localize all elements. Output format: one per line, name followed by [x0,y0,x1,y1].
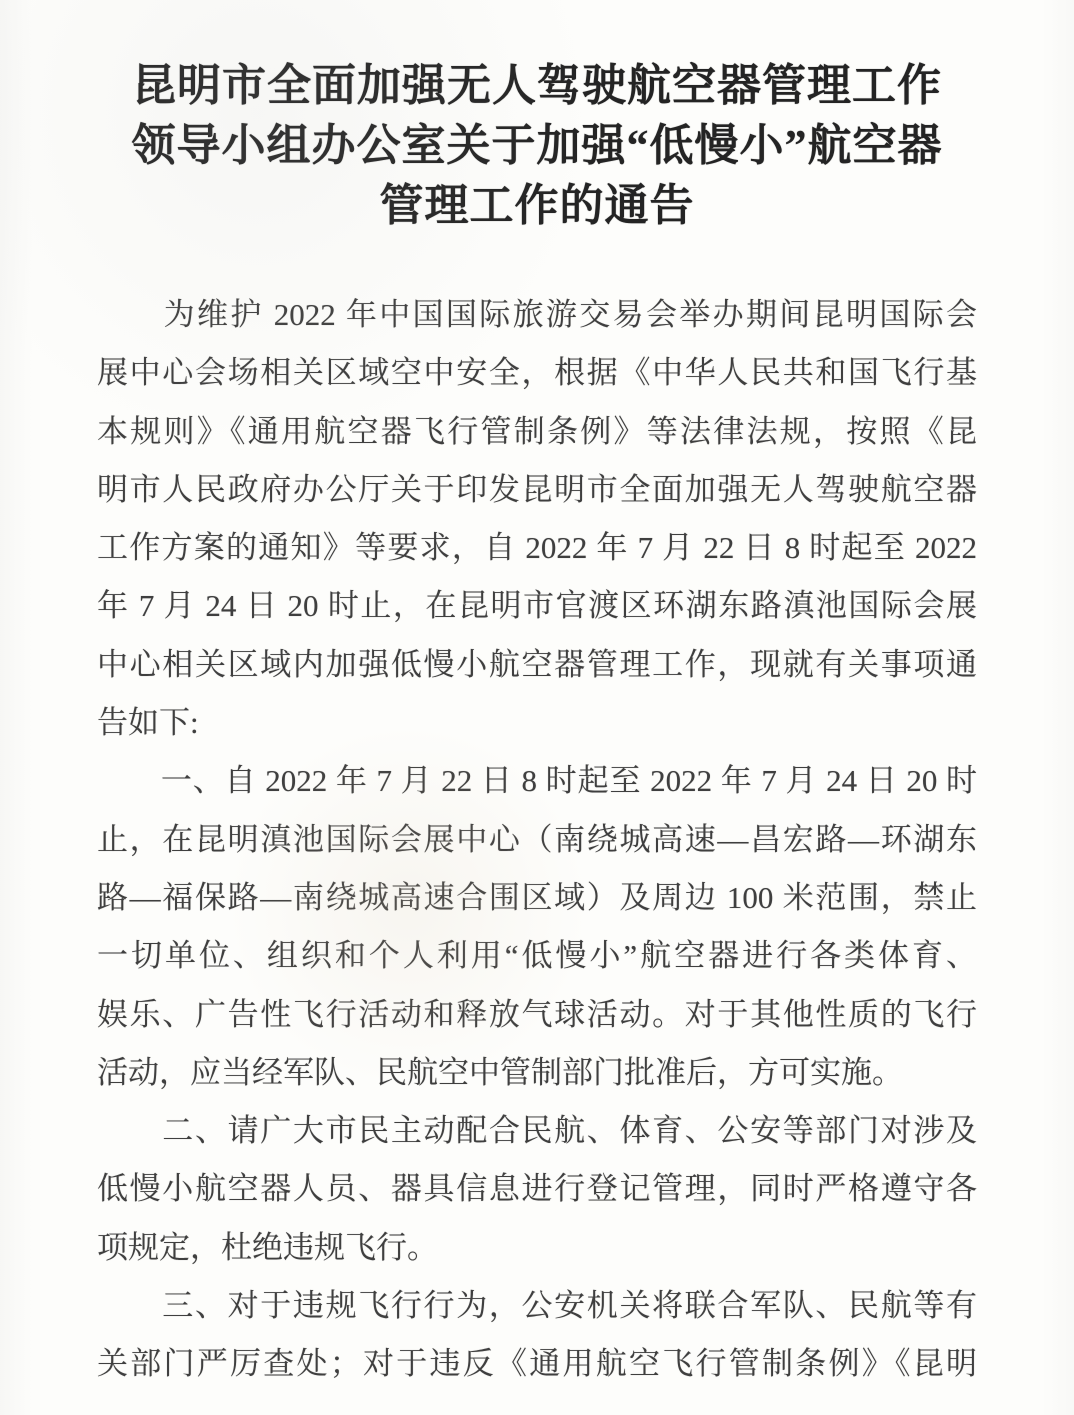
body-line: 止，在昆明滇池国际会展中心（南绕城高速—昌宏路—环湖东 [97,811,977,869]
document-page: 昆明市全面加强无人驾驶航空器管理工作 领导小组办公室关于加强“低慢小”航空器 管… [0,0,1074,1415]
body-line: 低慢小航空器人员、器具信息进行登记管理，同时严格遵守各 [97,1160,977,1218]
document-title: 昆明市全面加强无人驾驶航空器管理工作 领导小组办公室关于加强“低慢小”航空器 管… [0,0,1074,236]
body-line: 年 7 月 24 日 20 时止，在昆明市官渡区环湖东路滇池国际会展 [97,577,977,635]
body-line: 中心相关区域内加强低慢小航空器管理工作，现就有关事项通 [97,636,977,694]
body-line: 本规则》《通用航空器飞行管制条例》等法律法规，按照《昆 [97,403,977,461]
body-line: 展中心会场相关区域空中安全，根据《中华人民共和国飞行基 [97,344,977,402]
body-line: 工作方案的通知》等要求，自 2022 年 7 月 22 日 8 时起至 2022 [97,519,977,577]
body-line: 三、对于违规飞行行为，公安机关将联合军队、民航等有 [97,1277,977,1335]
body-line: 一、自 2022 年 7 月 22 日 8 时起至 2022 年 7 月 24 … [97,752,977,810]
body-line: 明市人民政府办公厅关于印发昆明市全面加强无人驾驶航空器 [97,461,977,519]
title-line-3: 管理工作的通告 [0,176,1074,236]
body-line: 娱乐、广告性飞行活动和释放气球活动。对于其他性质的飞行 [97,986,977,1044]
body-line: 关部门严厉查处；对于违反《通用航空飞行管制条例》《昆明 [97,1335,977,1393]
body-line: 活动，应当经军队、民航空中管制部门批准后，方可实施。 [97,1044,977,1102]
document-body: 为维护 2022 年中国国际旅游交易会举办期间昆明国际会展中心会场相关区域空中安… [97,286,977,1394]
body-line: 一切单位、组织和个人利用“低慢小”航空器进行各类体育、 [97,927,977,985]
title-line-2: 领导小组办公室关于加强“低慢小”航空器 [0,116,1074,176]
title-line-1: 昆明市全面加强无人驾驶航空器管理工作 [0,56,1074,116]
body-line: 路—福保路—南绕城高速合围区域）及周边 100 米范围，禁止 [97,869,977,927]
body-line: 告如下: [97,694,977,752]
body-line: 项规定，杜绝违规飞行。 [97,1219,977,1277]
body-line: 为维护 2022 年中国国际旅游交易会举办期间昆明国际会 [97,286,977,344]
body-line: 二、请广大市民主动配合民航、体育、公安等部门对涉及 [97,1102,977,1160]
